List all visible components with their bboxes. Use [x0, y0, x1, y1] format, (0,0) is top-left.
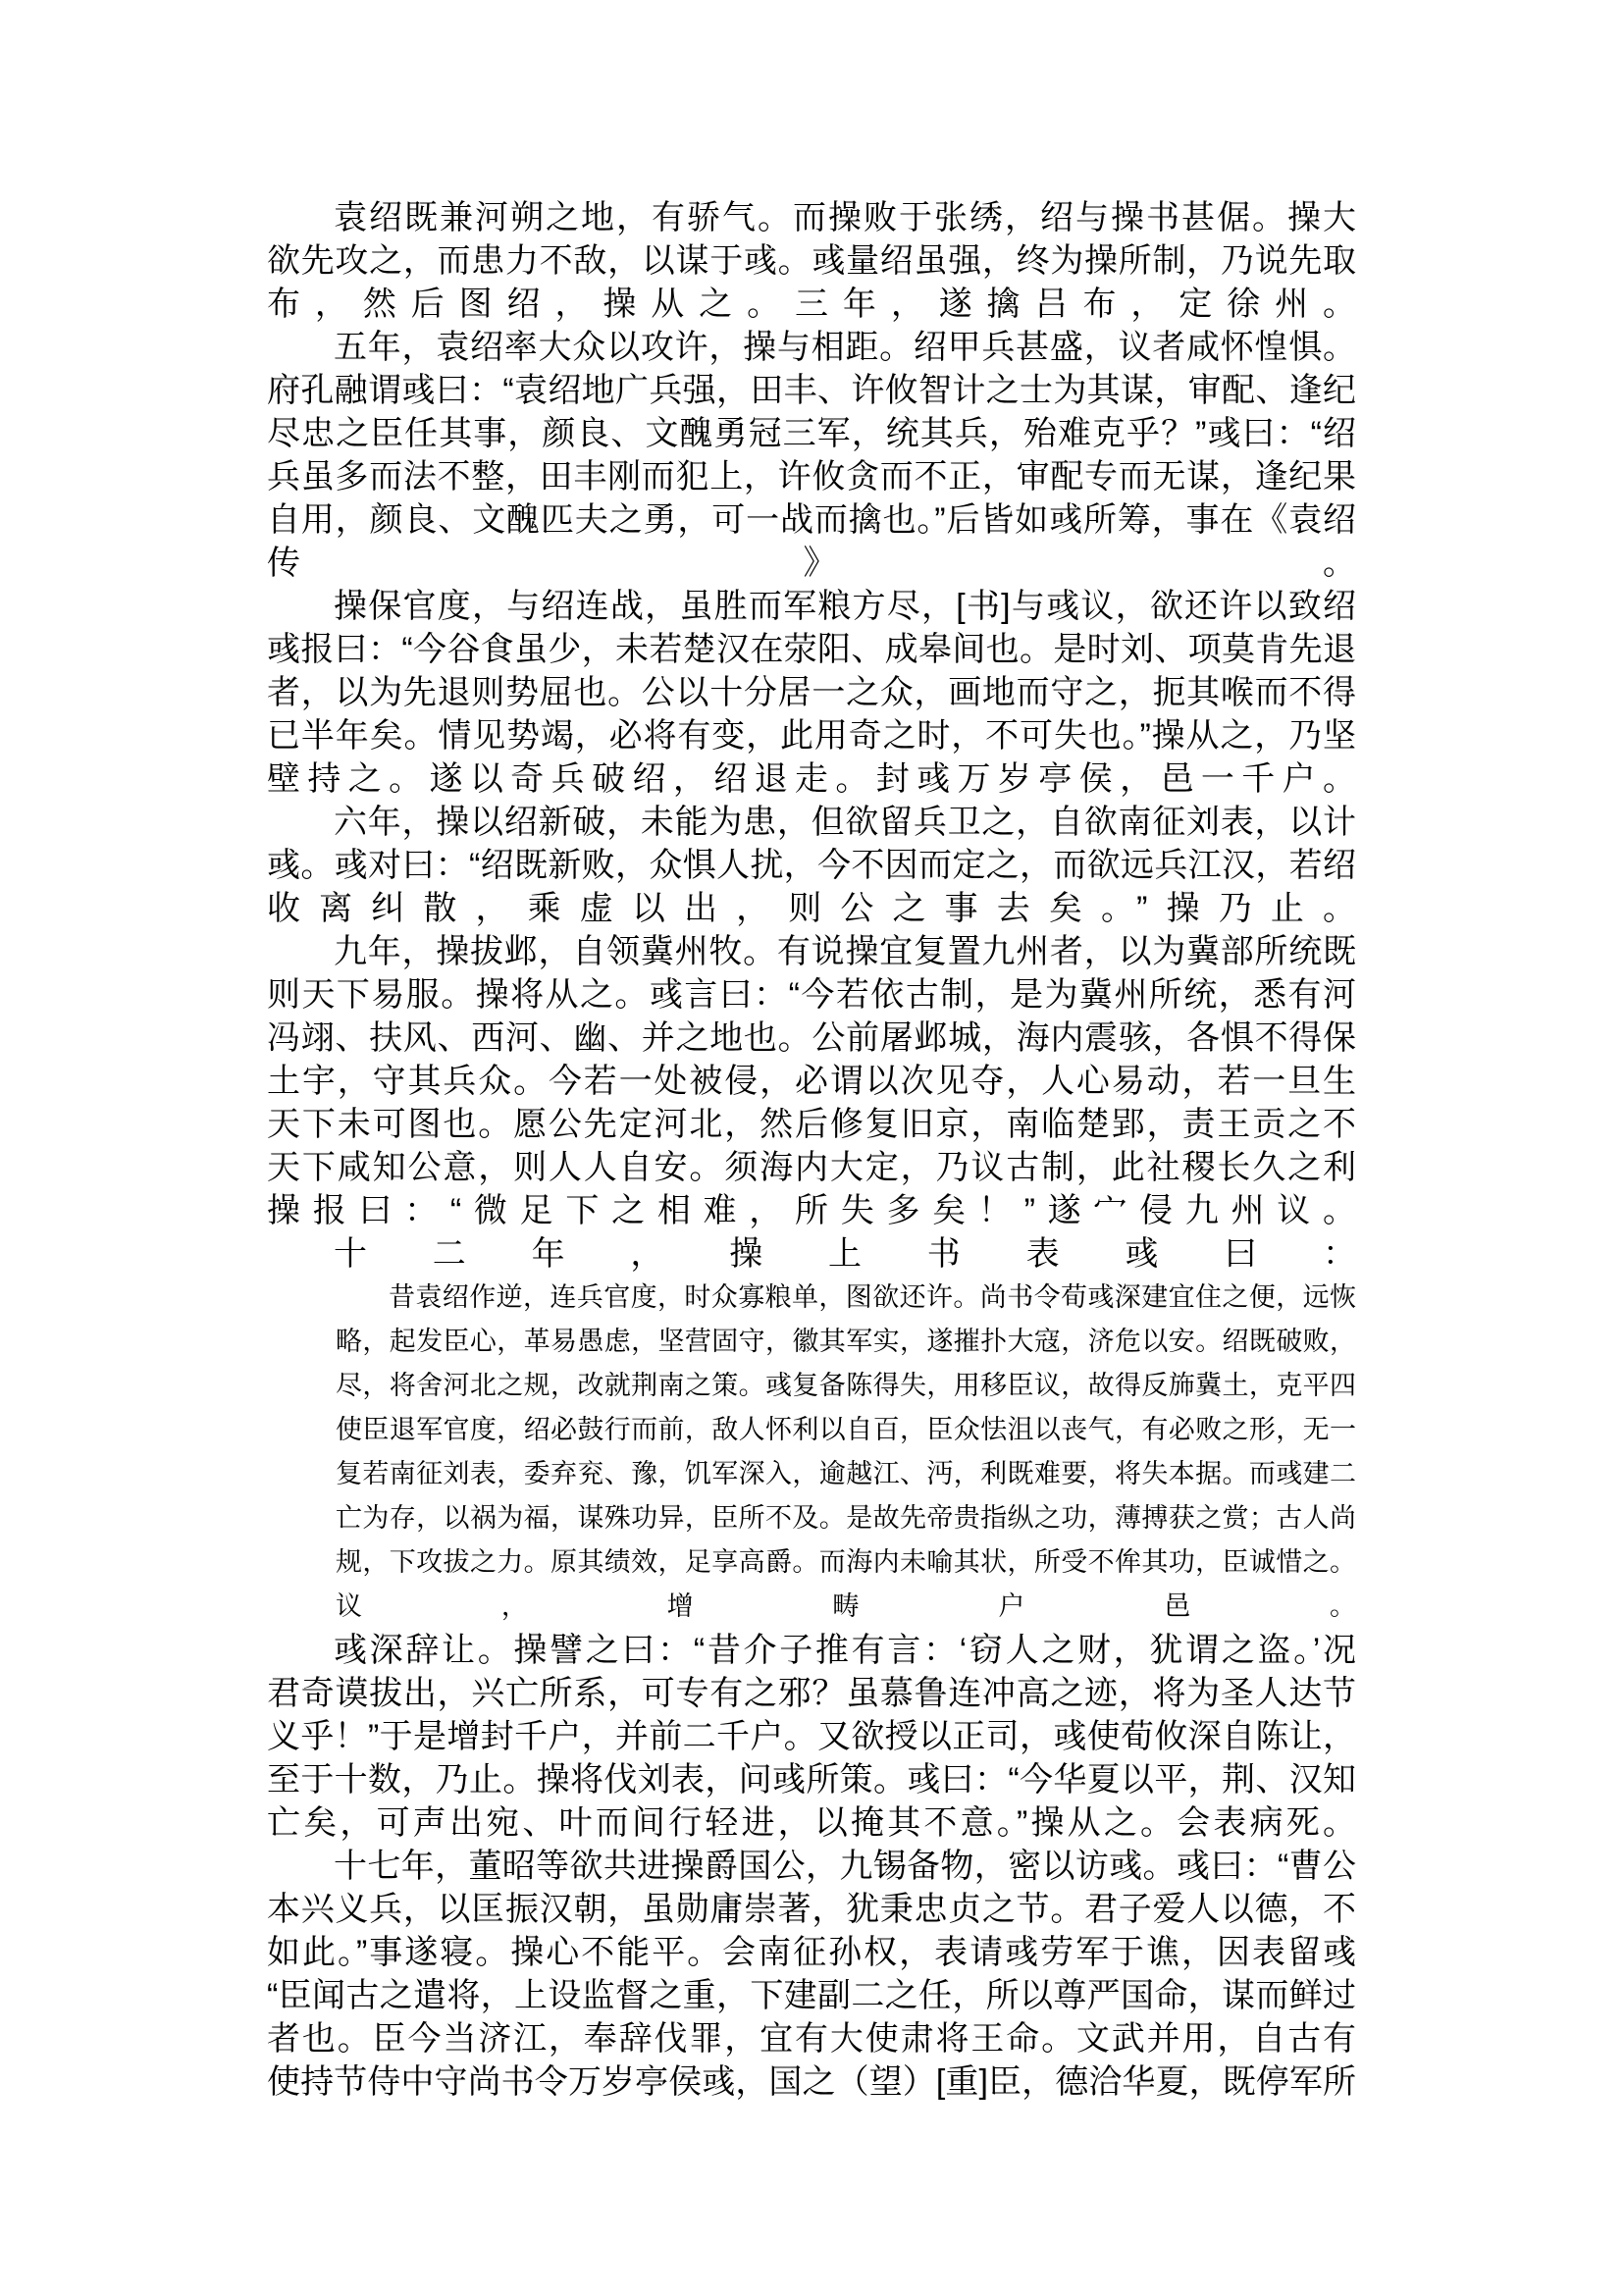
text-line: 者也。臣今当济江，奉辞伐罪，宜有大使肃将王命。文武并用，自古有之。 — [267, 2017, 1356, 2060]
text-line: 传》。 — [267, 542, 1356, 585]
text-line: 本兴义兵，以匡振汉朝，虽勋庸崇著，犹秉忠贞之节。君子爱人以德，不宜 — [267, 1888, 1356, 1931]
text-line: 议，增畴户邑。 — [336, 1585, 1356, 1629]
paragraph: 九年，操拔邺，自领冀州牧。有说操宜复置九州者，以为冀部所统既广，则天下易服。操将… — [267, 930, 1356, 1232]
text-line: 彧报曰：“今谷食虽少，未若楚汉在荥阳、成皋间也。是时刘、项莫肯先退 — [267, 628, 1356, 671]
text-line: 则天下易服。操将从之。彧言曰：“今若依古制，是为冀州所统，悉有河东、 — [267, 973, 1356, 1017]
text-line: 使臣退军官度，绍必鼓行而前，敌人怀利以自百，臣众怯沮以丧气，有必败之形，无一捷之… — [336, 1408, 1356, 1452]
text-line: 十二年，操上书表彧曰： — [267, 1232, 1356, 1276]
page: { "page": { "background_color": "#ffffff… — [0, 0, 1624, 2294]
text-line: 天下咸知公意，则人人自安。须海内大定，乃议古制，此社稷长久之利也。” — [267, 1146, 1356, 1189]
text-line: 者，以为先退则势屈也。公以十分居一之众，画地而守之，扼其喉而不得进， — [267, 671, 1356, 714]
paragraph: 袁绍既兼河朔之地，有骄气。而操败于张绣，绍与操书甚倨。操大怒，欲先攻之，而患力不… — [267, 196, 1356, 326]
text-line: 欲先攻之，而患力不敌，以谋于彧。彧量绍虽强，终为操所制，乃说先取吕 — [267, 239, 1356, 283]
text-line: 九年，操拔邺，自领冀州牧。有说操宜复置九州者，以为冀部所统既广， — [267, 930, 1356, 973]
block-quote: 昔袁绍作逆，连兵官度，时众寡粮单，图欲还许。尚书令荀彧深建宜住之便，远恢进讨之略… — [336, 1276, 1356, 1629]
text-line: 昔袁绍作逆，连兵官度，时众寡粮单，图欲还许。尚书令荀彧深建宜住之便，远恢进讨之 — [336, 1276, 1356, 1320]
text-line: 十七年，董昭等欲共进操爵国公，九锡备物，密以访彧。彧曰：“曹公 — [267, 1845, 1356, 1888]
text-line: 规，下攻拔之力。原其绩效，足享高爵。而海内未喻其状，所受不侔其功，臣诚惜之。乞重… — [336, 1540, 1356, 1585]
paragraph: 十二年，操上书表彧曰： — [267, 1232, 1356, 1276]
text-line: 尽忠之臣任其事，颜良、文醜勇冠三军，统其兵，殆难克乎？”彧曰：“绍 — [267, 412, 1356, 455]
text-line: 土宇，守其兵众。今若一处被侵，必谓以次见夺，人心易动，若一旦生变， — [267, 1060, 1356, 1103]
text-line: 至于十数，乃止。操将伐刘表，问彧所策。彧曰：“今华夏以平，荆、汉知 — [267, 1758, 1356, 1801]
text-line: 彧。彧对曰：“绍既新败，众惧人扰，今不因而定之，而欲远兵江汉，若绍 — [267, 844, 1356, 887]
text-line: 彧深辞让。操譬之曰：“昔介子推有言：‘窃人之财，犹谓之盗。’况 — [267, 1629, 1356, 1672]
text-line: 自用，颜良、文醜匹夫之勇，可一战而擒也。”后皆如彧所筹，事在《袁绍 — [267, 498, 1356, 542]
text-line: 操保官度，与绍连战，虽胜而军粮方尽，[书]与彧议，欲还许以致绍师。 — [267, 585, 1356, 628]
text-line: 五年，袁绍率大众以攻许，操与相距。绍甲兵甚盛，议者咸怀惶惧。少 — [267, 326, 1356, 369]
text-line: 使持节侍中守尚书令万岁亭侯彧，国之（望）[重]臣，德洽华夏，既停军所 — [267, 2060, 1356, 2104]
text-line: 兵虽多而法不整，田丰刚而犯上，许攸贪而不正，审配专而无谋，逢纪果而 — [267, 455, 1356, 498]
text-line: 府孔融谓彧曰：“袁绍地广兵强，田丰、许攸智计之士为其谋，审配、逢纪 — [267, 369, 1356, 412]
text-line: 尽，将舍河北之规，改就荆南之策。彧复备陈得失，用移臣议，故得反斾冀土，克平四州。… — [336, 1364, 1356, 1408]
text-line: 如此。”事遂寝。操心不能平。会南征孙权，表请彧劳军于谯，因表留彧曰： — [267, 1931, 1356, 1974]
paragraph: 十七年，董昭等欲共进操爵国公，九锡备物，密以访彧。彧曰：“曹公本兴义兵，以匡振汉… — [267, 1845, 1356, 2104]
document-body: 袁绍既兼河朔之地，有骄气。而操败于张绣，绍与操书甚倨。操大怒，欲先攻之，而患力不… — [267, 196, 1356, 2104]
text-line: 六年，操以绍新破，未能为患，但欲留兵卫之，自欲南征刘表，以计问 — [267, 801, 1356, 844]
text-line: 君奇谟拔出，兴亡所系，可专有之邪？虽慕鲁连冲高之迹，将为圣人达节之 — [267, 1672, 1356, 1715]
text-line: 复若南征刘表，委弃兖、豫，饥军深入，逾越江、沔，利既难要，将失本据。而彧建二策，… — [336, 1452, 1356, 1496]
text-line: 亡矣，可声出宛、叶而间行轻进，以掩其不意。”操从之。会表病死。 — [267, 1801, 1356, 1845]
text-line: 天下未可图也。愿公先定河北，然后修复旧京，南临楚郢，责王贡之不入。 — [267, 1103, 1356, 1146]
text-line: 操报曰：“微足下之相难，所失多矣！”遂宀侵九州议。 — [267, 1189, 1356, 1232]
text-line: 已半年矣。情见势竭，必将有变，此用奇之时，不可失也。”操从之，乃坚 — [267, 714, 1356, 757]
text-line: 布，然后图绍，操从之。三年，遂擒吕布，定徐州。 — [267, 283, 1356, 326]
text-line: 袁绍既兼河朔之地，有骄气。而操败于张绣，绍与操书甚倨。操大怒， — [267, 196, 1356, 239]
paragraph: 操保官度，与绍连战，虽胜而军粮方尽，[书]与彧议，欲还许以致绍师。彧报曰：“今谷… — [267, 585, 1356, 801]
paragraph: 六年，操以绍新破，未能为患，但欲留兵卫之，自欲南征刘表，以计问彧。彧对曰：“绍既… — [267, 801, 1356, 930]
text-line: 壁持之。遂以奇兵破绍，绍退走。封彧万岁亭侯，邑一千户。 — [267, 757, 1356, 801]
paragraph: 五年，袁绍率大众以攻许，操与相距。绍甲兵甚盛，议者咸怀惶惧。少府孔融谓彧曰：“袁… — [267, 326, 1356, 585]
text-line: 义乎！”于是增封千户，并前二千户。又欲授以正司，彧使荀攸深自陈让， — [267, 1715, 1356, 1758]
paragraph: 彧深辞让。操譬之曰：“昔介子推有言：‘窃人之财，犹谓之盗。’况君奇谟拔出，兴亡所… — [267, 1629, 1356, 1845]
text-line: “臣闻古之遣将，上设监督之重，下建副二之任，所以尊严国命，谋而鲜过 — [267, 1974, 1356, 2017]
text-line: 略，起发臣心，革易愚虑，坚营固守，徽其军实，遂摧扑大寇，济危以安。绍既破败，臣粮… — [336, 1320, 1356, 1364]
text-line: 冯翊、扶风、西河、幽、并之地也。公前屠邺城，海内震骇，各惧不得保其 — [267, 1017, 1356, 1060]
text-line: 亡为存，以祸为福，谋殊功异，臣所不及。是故先帝贵指纵之功，薄搏获之赏；古人尚帷幄… — [336, 1496, 1356, 1540]
text-line: 收离纠散，乘虚以出，则公之事去矣。”操乃止。 — [267, 887, 1356, 930]
